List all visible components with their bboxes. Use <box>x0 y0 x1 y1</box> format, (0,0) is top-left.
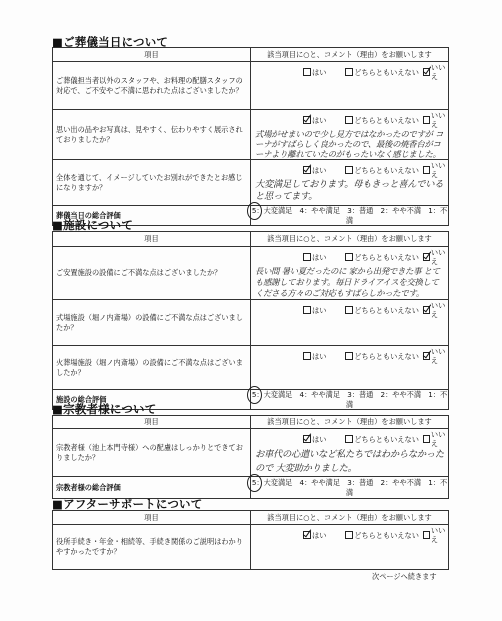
facilities-table: 項目 該当項目に○と、コメント（理由）をお願いします ご安置施設の設備にご不満な… <box>52 231 449 410</box>
rating-scale[interactable]: 5：大変満足 4：やや満足 3：普通 2：やや不満 1：不満 <box>251 390 449 410</box>
question-text: ご葬儀担当者以外のスタッフや、お料理の配膳スタッフの対応で、ご不安やご不満に思わ… <box>53 62 251 110</box>
question-row: 全体を通じて、イメージしていたお別れができたとお感じになりますか？ はい どちら… <box>53 160 449 206</box>
handwritten-comment: お車代の心遣いなど私たちではわからなかったので 大変助かりました。 <box>251 448 448 476</box>
option-yes[interactable]: はい <box>303 63 345 81</box>
selected-circle-icon <box>247 386 262 404</box>
question-row: ご葬儀担当者以外のスタッフや、お料理の配膳スタッフの対応で、ご不安やご不満に思わ… <box>53 62 449 110</box>
question-row: 火葬場施設（堀ノ内斎場）の設備にご不満な点はございましたか？ はい どちらともい… <box>53 346 449 390</box>
option-no[interactable]: いいえ <box>423 63 448 81</box>
checkbox-icon[interactable] <box>345 116 353 124</box>
answer-cell: はい どちらともいえない いいえ 長い間 暑い夏だったのに 家から出発できた事 … <box>251 247 449 300</box>
answer-cell: はい どちらともいえない いいえ お車代の心遣いなど私たちではわからなかったので… <box>251 429 449 477</box>
header-item: 項目 <box>53 511 251 525</box>
option-no[interactable]: いいえ <box>423 526 448 544</box>
question-row: 思い出の品やお写真は、見やすく、伝わりやすく展示されておりましたか？ はい どち… <box>53 110 449 160</box>
selected-circle-icon <box>247 474 262 492</box>
checkbox-icon[interactable] <box>423 531 430 539</box>
checkbox-checked-icon[interactable] <box>303 116 311 124</box>
rating-scale[interactable]: 5：大変満足 4：やや満足 3：普通 2：やや不満 1：不満 <box>251 206 449 226</box>
question-text: ご安置施設の設備にご不満な点はございましたか？ <box>53 247 251 300</box>
option-neutral[interactable]: どちらともいえない <box>345 63 423 81</box>
checkbox-icon[interactable] <box>303 306 311 314</box>
option-neutral[interactable]: どちらともいえない <box>345 526 423 544</box>
option-neutral[interactable]: どちらともいえない <box>345 248 423 266</box>
option-yes[interactable]: はい <box>303 347 345 365</box>
option-yes[interactable]: はい <box>303 111 345 129</box>
option-no[interactable]: いいえ <box>423 301 448 319</box>
option-no[interactable]: いいえ <box>423 248 448 266</box>
checkbox-icon[interactable] <box>345 531 353 539</box>
header-instruction: 該当項目に○と、コメント（理由）をお願いします <box>251 511 449 525</box>
question-text: 思い出の品やお写真は、見やすく、伝わりやすく展示されておりましたか？ <box>53 110 251 160</box>
religious-table: 項目 該当項目に○と、コメント（理由）をお願いします 宗教者様（池上本門寺様）へ… <box>52 415 449 499</box>
checkbox-icon[interactable] <box>303 253 311 261</box>
rating-scale[interactable]: 5：大変満足 4：やや満足 3：普通 2：やや不満 1：不満 <box>251 477 449 499</box>
option-neutral[interactable]: どちらともいえない <box>345 347 423 365</box>
question-row: ご安置施設の設備にご不満な点はございましたか？ はい どちらともいえない いいえ… <box>53 247 449 300</box>
handwritten-comment: 式場がせまいので少し見方ではなかったのですが コーナがすばらしく良かったので、最… <box>251 129 448 159</box>
answer-cell: はい どちらともいえない いいえ 大変満足しております。母もきっと喜んでいると思… <box>251 160 449 206</box>
checkbox-icon[interactable] <box>423 435 430 443</box>
checkbox-icon[interactable] <box>345 68 353 76</box>
answer-cell: はい どちらともいえない いいえ <box>251 525 449 570</box>
selected-circle-icon <box>247 202 262 220</box>
header-instruction: 該当項目に○と、コメント（理由）をお願いします <box>251 416 449 429</box>
option-no[interactable]: いいえ <box>423 430 448 448</box>
option-neutral[interactable]: どちらともいえない <box>345 111 423 129</box>
continued-next-page-note: 次ページへ続きます <box>372 572 437 582</box>
after-support-table: 項目 該当項目に○と、コメント（理由）をお願いします 役所手続き・年金・相続等、… <box>52 510 449 570</box>
answer-cell: はい どちらともいえない いいえ <box>251 62 449 110</box>
header-item: 項目 <box>53 416 251 429</box>
question-text: 火葬場施設（堀ノ内斎場）の設備にご不満な点はございましたか？ <box>53 346 251 390</box>
question-text: 全体を通じて、イメージしていたお別れができたとお感じになりますか？ <box>53 160 251 206</box>
option-no[interactable]: いいえ <box>423 161 448 179</box>
checkbox-icon[interactable] <box>345 435 353 443</box>
option-neutral[interactable]: どちらともいえない <box>345 430 423 448</box>
checkbox-icon[interactable] <box>423 116 430 124</box>
checkbox-icon[interactable] <box>345 306 353 314</box>
option-yes[interactable]: はい <box>303 430 345 448</box>
question-row: 宗教者様（池上本門寺様）への配慮はしっかりとできておりましたか？ はい どちらと… <box>53 429 449 477</box>
option-no[interactable]: いいえ <box>423 111 448 129</box>
question-row: 式場施設（堀ノ内斎場）の設備にご不満な点はございましたか？ はい どちらともいえ… <box>53 300 449 346</box>
answer-cell: はい どちらともいえない いいえ <box>251 346 449 390</box>
option-yes[interactable]: はい <box>303 526 345 544</box>
checkbox-checked-icon[interactable] <box>423 68 430 76</box>
question-text: 式場施設（堀ノ内斎場）の設備にご不満な点はございましたか？ <box>53 300 251 346</box>
option-yes[interactable]: はい <box>303 301 345 319</box>
handwritten-comment: 長い間 暑い夏だったのに 家から出発できた事 とても感謝しております。毎日ドライ… <box>251 266 448 299</box>
option-neutral[interactable]: どちらともいえない <box>345 301 423 319</box>
checkbox-icon[interactable] <box>303 352 311 360</box>
checkbox-checked-icon[interactable] <box>303 531 311 539</box>
checkbox-checked-icon[interactable] <box>303 435 311 443</box>
funeral-day-table: 項目 該当項目に○と、コメント（理由）をお願いします ご葬儀担当者以外のスタッフ… <box>52 47 449 226</box>
header-item: 項目 <box>53 232 251 247</box>
option-neutral[interactable]: どちらともいえない <box>345 161 423 179</box>
header-instruction: 該当項目に○と、コメント（理由）をお願いします <box>251 48 449 62</box>
option-yes[interactable]: はい <box>303 161 345 179</box>
header-instruction: 該当項目に○と、コメント（理由）をお願いします <box>251 232 449 247</box>
header-item: 項目 <box>53 48 251 62</box>
answer-cell: はい どちらともいえない いいえ 式場がせまいので少し見方ではなかったのですが … <box>251 110 449 160</box>
question-row: 役所手続き・年金・相続等、手続き関係のご説明はわかりやすかったですか？ はい ど… <box>53 525 449 570</box>
option-yes[interactable]: はい <box>303 248 345 266</box>
question-text: 宗教者様（池上本門寺様）への配慮はしっかりとできておりましたか？ <box>53 429 251 477</box>
checkbox-icon[interactable] <box>345 253 353 261</box>
checkbox-checked-icon[interactable] <box>303 166 311 174</box>
answer-cell: はい どちらともいえない いいえ <box>251 300 449 346</box>
handwritten-comment: 大変満足しております。母もきっと喜んでいると思ってます。 <box>251 179 448 203</box>
checkbox-icon[interactable] <box>303 68 311 76</box>
checkbox-icon[interactable] <box>423 166 430 174</box>
checkbox-icon[interactable] <box>345 166 353 174</box>
option-no[interactable]: いいえ <box>423 347 448 365</box>
checkbox-checked-icon[interactable] <box>423 306 430 314</box>
question-text: 役所手続き・年金・相続等、手続き関係のご説明はわかりやすかったですか？ <box>53 525 251 570</box>
checkbox-checked-icon[interactable] <box>423 352 430 360</box>
checkbox-checked-icon[interactable] <box>423 253 430 261</box>
checkbox-icon[interactable] <box>345 352 353 360</box>
